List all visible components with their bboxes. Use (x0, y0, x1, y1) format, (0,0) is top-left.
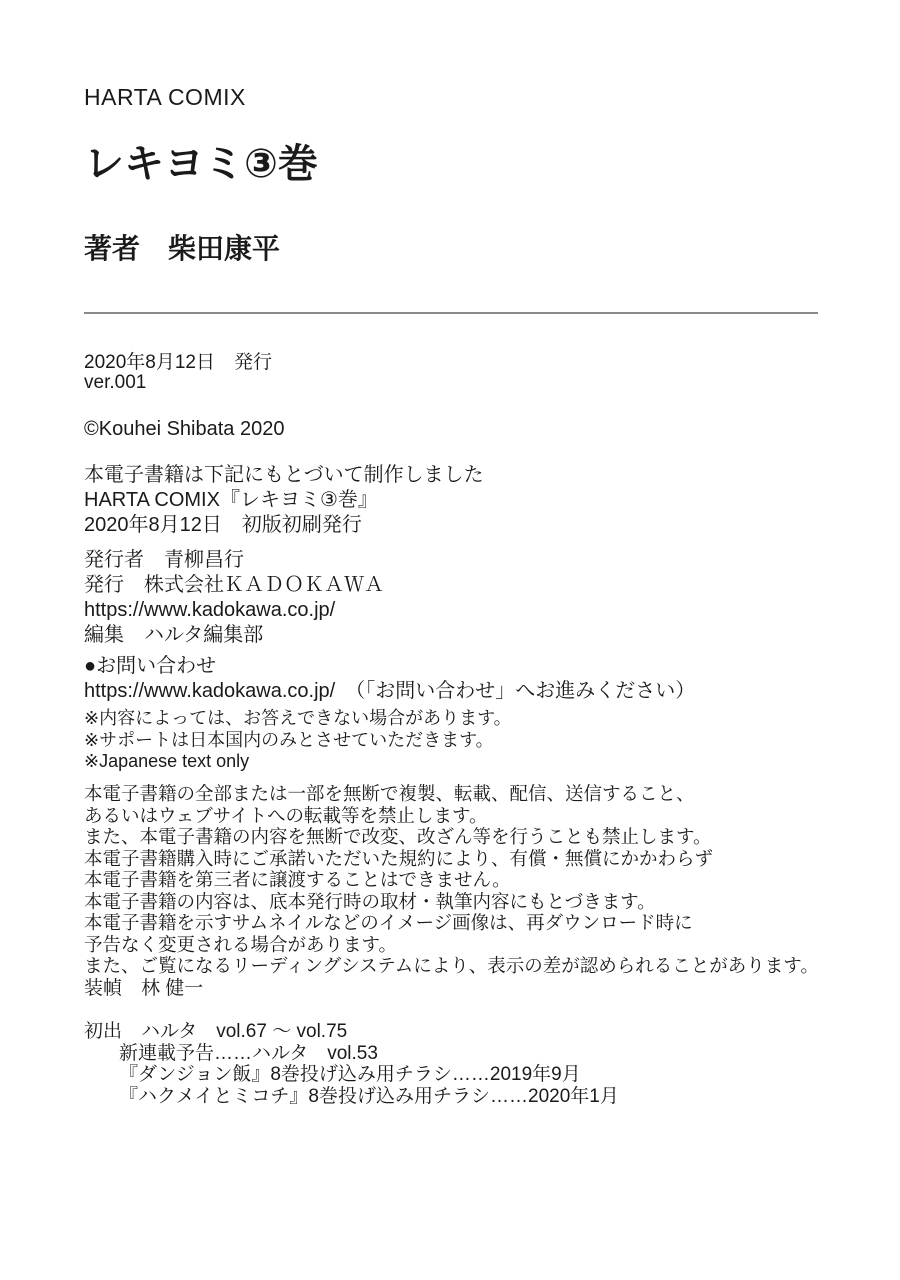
first-appearance-line: 『ダンジョン飯』8巻投げ込み用チラシ……2019年9月 (84, 1064, 619, 1086)
design-credit-line: 装幀 林 健一 (84, 978, 203, 1001)
first-appearance-line: 新連載予告……ハルタ vol.53 (84, 1043, 619, 1065)
first-appearance-block: 初出 ハルタ vol.67 ～ vol.75 新連載予告……ハルタ vol.53… (84, 1021, 619, 1107)
copyright-line: ©Kouhei Shibata 2020 (84, 417, 284, 441)
edition-block: 2020年8月12日 発行 ver.001 (84, 353, 272, 393)
publisher-person-line: 発行者 青柳昌行 (84, 548, 384, 573)
source-print-date-line: 2020年8月12日 初版初刷発行 (84, 513, 484, 538)
contact-note: ※内容によっては、お答えできない場合があります。 (84, 708, 695, 730)
source-book-line: HARTA COMIX『レキヨミ③巻』 (84, 488, 484, 513)
legal-line: 本電子書籍を示すサムネイルなどのイメージ画像は、再ダウンロード時に (84, 912, 819, 934)
contact-note: ※Japanese text only (84, 751, 695, 773)
legal-line: また、ご覧になるリーディングシステムにより、表示の差が認められることがあります。 (84, 955, 819, 977)
legal-line: 本電子書籍の全部または一部を無断で複製、転載、配信、送信すること、 (84, 783, 819, 805)
publisher-url: https://www.kadokawa.co.jp/ (84, 598, 384, 623)
legal-line: あるいはウェブサイトへの転載等を禁止します。 (84, 805, 819, 827)
legal-notice-block: 本電子書籍の全部または一部を無断で複製、転載、配信、送信すること、 あるいはウェ… (84, 783, 819, 977)
colophon-page: HARTA COMIX レキヨミ③巻 著者 柴田康平 2020年8月12日 発行… (0, 0, 900, 1280)
book-title: レキヨミ③巻 (84, 140, 318, 188)
legal-line: また、本電子書籍の内容を無断で改変、改ざん等を行うことも禁止します。 (84, 826, 819, 848)
first-appearance-line: 初出 ハルタ vol.67 ～ vol.75 (84, 1021, 619, 1043)
publisher-company-line: 発行 株式会社ＫＡＤＯＫＡＷＡ (84, 573, 384, 598)
contact-note: ※サポートは日本国内のみとさせていただきます。 (84, 730, 695, 752)
legal-line: 本電子書籍を第三者に譲渡することはできません。 (84, 869, 819, 891)
divider-rule (84, 312, 818, 314)
imprint-label: HARTA COMIX (84, 84, 246, 112)
legal-line: 予告なく変更される場合があります。 (84, 934, 819, 956)
first-appearance-line: 『ハクメイとミコチ』8巻投げ込み用チラシ……2020年1月 (84, 1086, 619, 1108)
publication-block: 発行者 青柳昌行 発行 株式会社ＫＡＤＯＫＡＷＡ https://www.kad… (84, 548, 384, 648)
legal-line: 本電子書籍購入時にご承諾いただいた規約により、有償・無償にかかわらず (84, 848, 819, 870)
version-line: ver.001 (84, 373, 272, 393)
legal-line: 本電子書籍の内容は、底本発行時の取材・執筆内容にもとづきます。 (84, 891, 819, 913)
contact-heading: ●お問い合わせ (84, 654, 695, 679)
contact-url-line: https://www.kadokawa.co.jp/ （「お問い合わせ」へお進… (84, 679, 695, 704)
contact-notes: ※内容によっては、お答えできない場合があります。 ※サポートは日本国内のみとさせ… (84, 708, 695, 773)
issue-date-line: 2020年8月12日 発行 (84, 353, 272, 373)
contact-block: ●お問い合わせ https://www.kadokawa.co.jp/ （「お問… (84, 654, 695, 773)
author-line: 著者 柴田康平 (84, 232, 280, 266)
source-block: 本電子書籍は下記にもとづいて制作しました HARTA COMIX『レキヨミ③巻』… (84, 463, 484, 538)
editing-dept-line: 編集 ハルタ編集部 (84, 623, 384, 648)
source-intro-line: 本電子書籍は下記にもとづいて制作しました (84, 463, 484, 488)
